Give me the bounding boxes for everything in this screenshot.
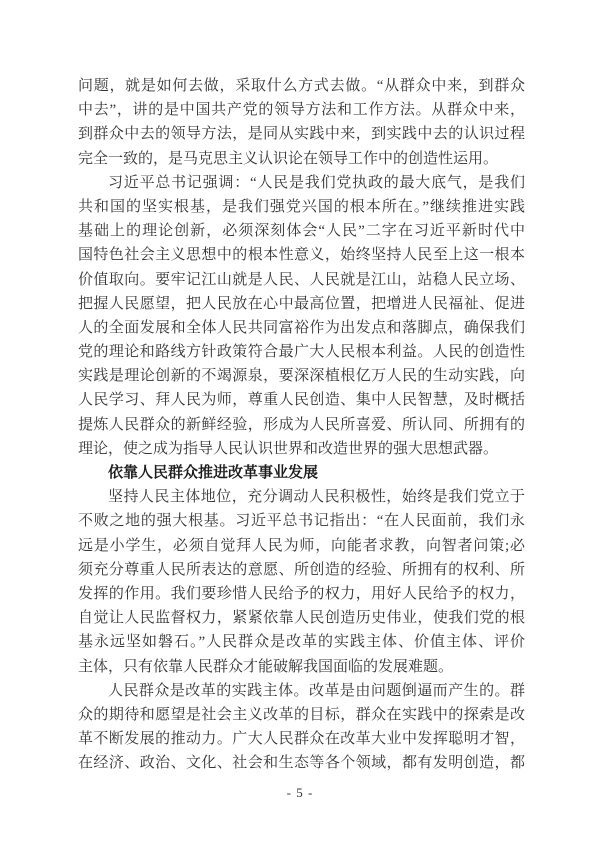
text-line: 人民学习、拜人民为师，尊重人民创造、集中人民智慧，及时概括 xyxy=(78,388,525,412)
text-line: 自觉让人民监督权力，紧紧依靠人民创造历史伟业，使我们党的根 xyxy=(78,606,525,630)
text-line: 中去”，讲的是中国共产党的领导方法和工作方法。从群众中来， xyxy=(78,98,525,122)
text-line: 共和国的坚实根基，是我们强党兴国的根本所在。”继续推进实践 xyxy=(78,195,525,219)
text-line: 不败之地的强大根基。习近平总书记指出：“在人民面前，我们永 xyxy=(78,509,525,533)
text-line: 基础上的理论创新，必须深刻体会“人民”二字在习近平新时代中 xyxy=(78,219,525,243)
section-heading: 依靠人民群众推进改革事业发展 xyxy=(78,461,525,485)
text-line: 远是小学生，必须自觉拜人民为师，向能者求教，向智者问策;必 xyxy=(78,534,525,558)
text-line: 把握人民愿望，把人民放在心中最高位置，把增进人民福祉、促进 xyxy=(78,292,525,316)
text-line: 在经济、政治、文化、社会和生态等各个领域，都有发明创造，都 xyxy=(78,751,525,775)
text-column: 问题，就是如何去做，采取什么方式去做。“从群众中来，到群众中去”，讲的是中国共产… xyxy=(78,74,525,775)
text-line: 须充分尊重人民所表达的意愿、所创造的经验、所拥有的权利、所 xyxy=(78,558,525,582)
text-line: 提炼人民群众的新鲜经验，形成为人民所喜爱、所认同、所拥有的 xyxy=(78,413,525,437)
text-line: 价值取向。要牢记江山就是人民、人民就是江山，站稳人民立场、 xyxy=(78,268,525,292)
text-line: 人的全面发展和全体人民共同富裕作为出发点和落脚点，确保我们 xyxy=(78,316,525,340)
text-line: 党的理论和路线方针政策符合最广大人民根本利益。人民的创造性 xyxy=(78,340,525,364)
text-line: 实践是理论创新的不竭源泉，要深深植根亿万人民的生动实践，向 xyxy=(78,364,525,388)
text-line: 基永远坚如磐石。”人民群众是改革的实践主体、价值主体、评价 xyxy=(78,630,525,654)
text-line: 主体，只有依靠人民群众才能破解我国面临的发展难题。 xyxy=(78,655,525,679)
document-page: 问题，就是如何去做，采取什么方式去做。“从群众中来，到群众中去”，讲的是中国共产… xyxy=(0,0,600,849)
text-line: 人民群众是改革的实践主体。改革是由问题倒逼而产生的。群 xyxy=(78,679,525,703)
text-line: 问题，就是如何去做，采取什么方式去做。“从群众中来，到群众 xyxy=(78,74,525,98)
text-line: 习近平总书记强调：“人民是我们党执政的最大底气，是我们 xyxy=(78,171,525,195)
text-line: 发挥的作用。我们要珍惜人民给予的权力，用好人民给予的权力， xyxy=(78,582,525,606)
text-line: 国特色社会主义思想中的根本性意义，始终坚持人民至上这一根本 xyxy=(78,243,525,267)
text-line: 坚持人民主体地位，充分调动人民积极性，始终是我们党立于 xyxy=(78,485,525,509)
page-number: - 5 - xyxy=(0,784,600,802)
text-line: 完全一致的，是马克思主义认识论在领导工作中的创造性运用。 xyxy=(78,147,525,171)
text-line: 革不断发展的推动力。广大人民群众在改革大业中发挥聪明才智， xyxy=(78,727,525,751)
text-line: 理论，使之成为指导人民认识世界和改造世界的强大思想武器。 xyxy=(78,437,525,461)
text-line: 众的期待和愿望是社会主义改革的目标，群众在实践中的探索是改 xyxy=(78,703,525,727)
text-line: 到群众中去的领导方法，是同从实践中来，到实践中去的认识过程 xyxy=(78,122,525,146)
